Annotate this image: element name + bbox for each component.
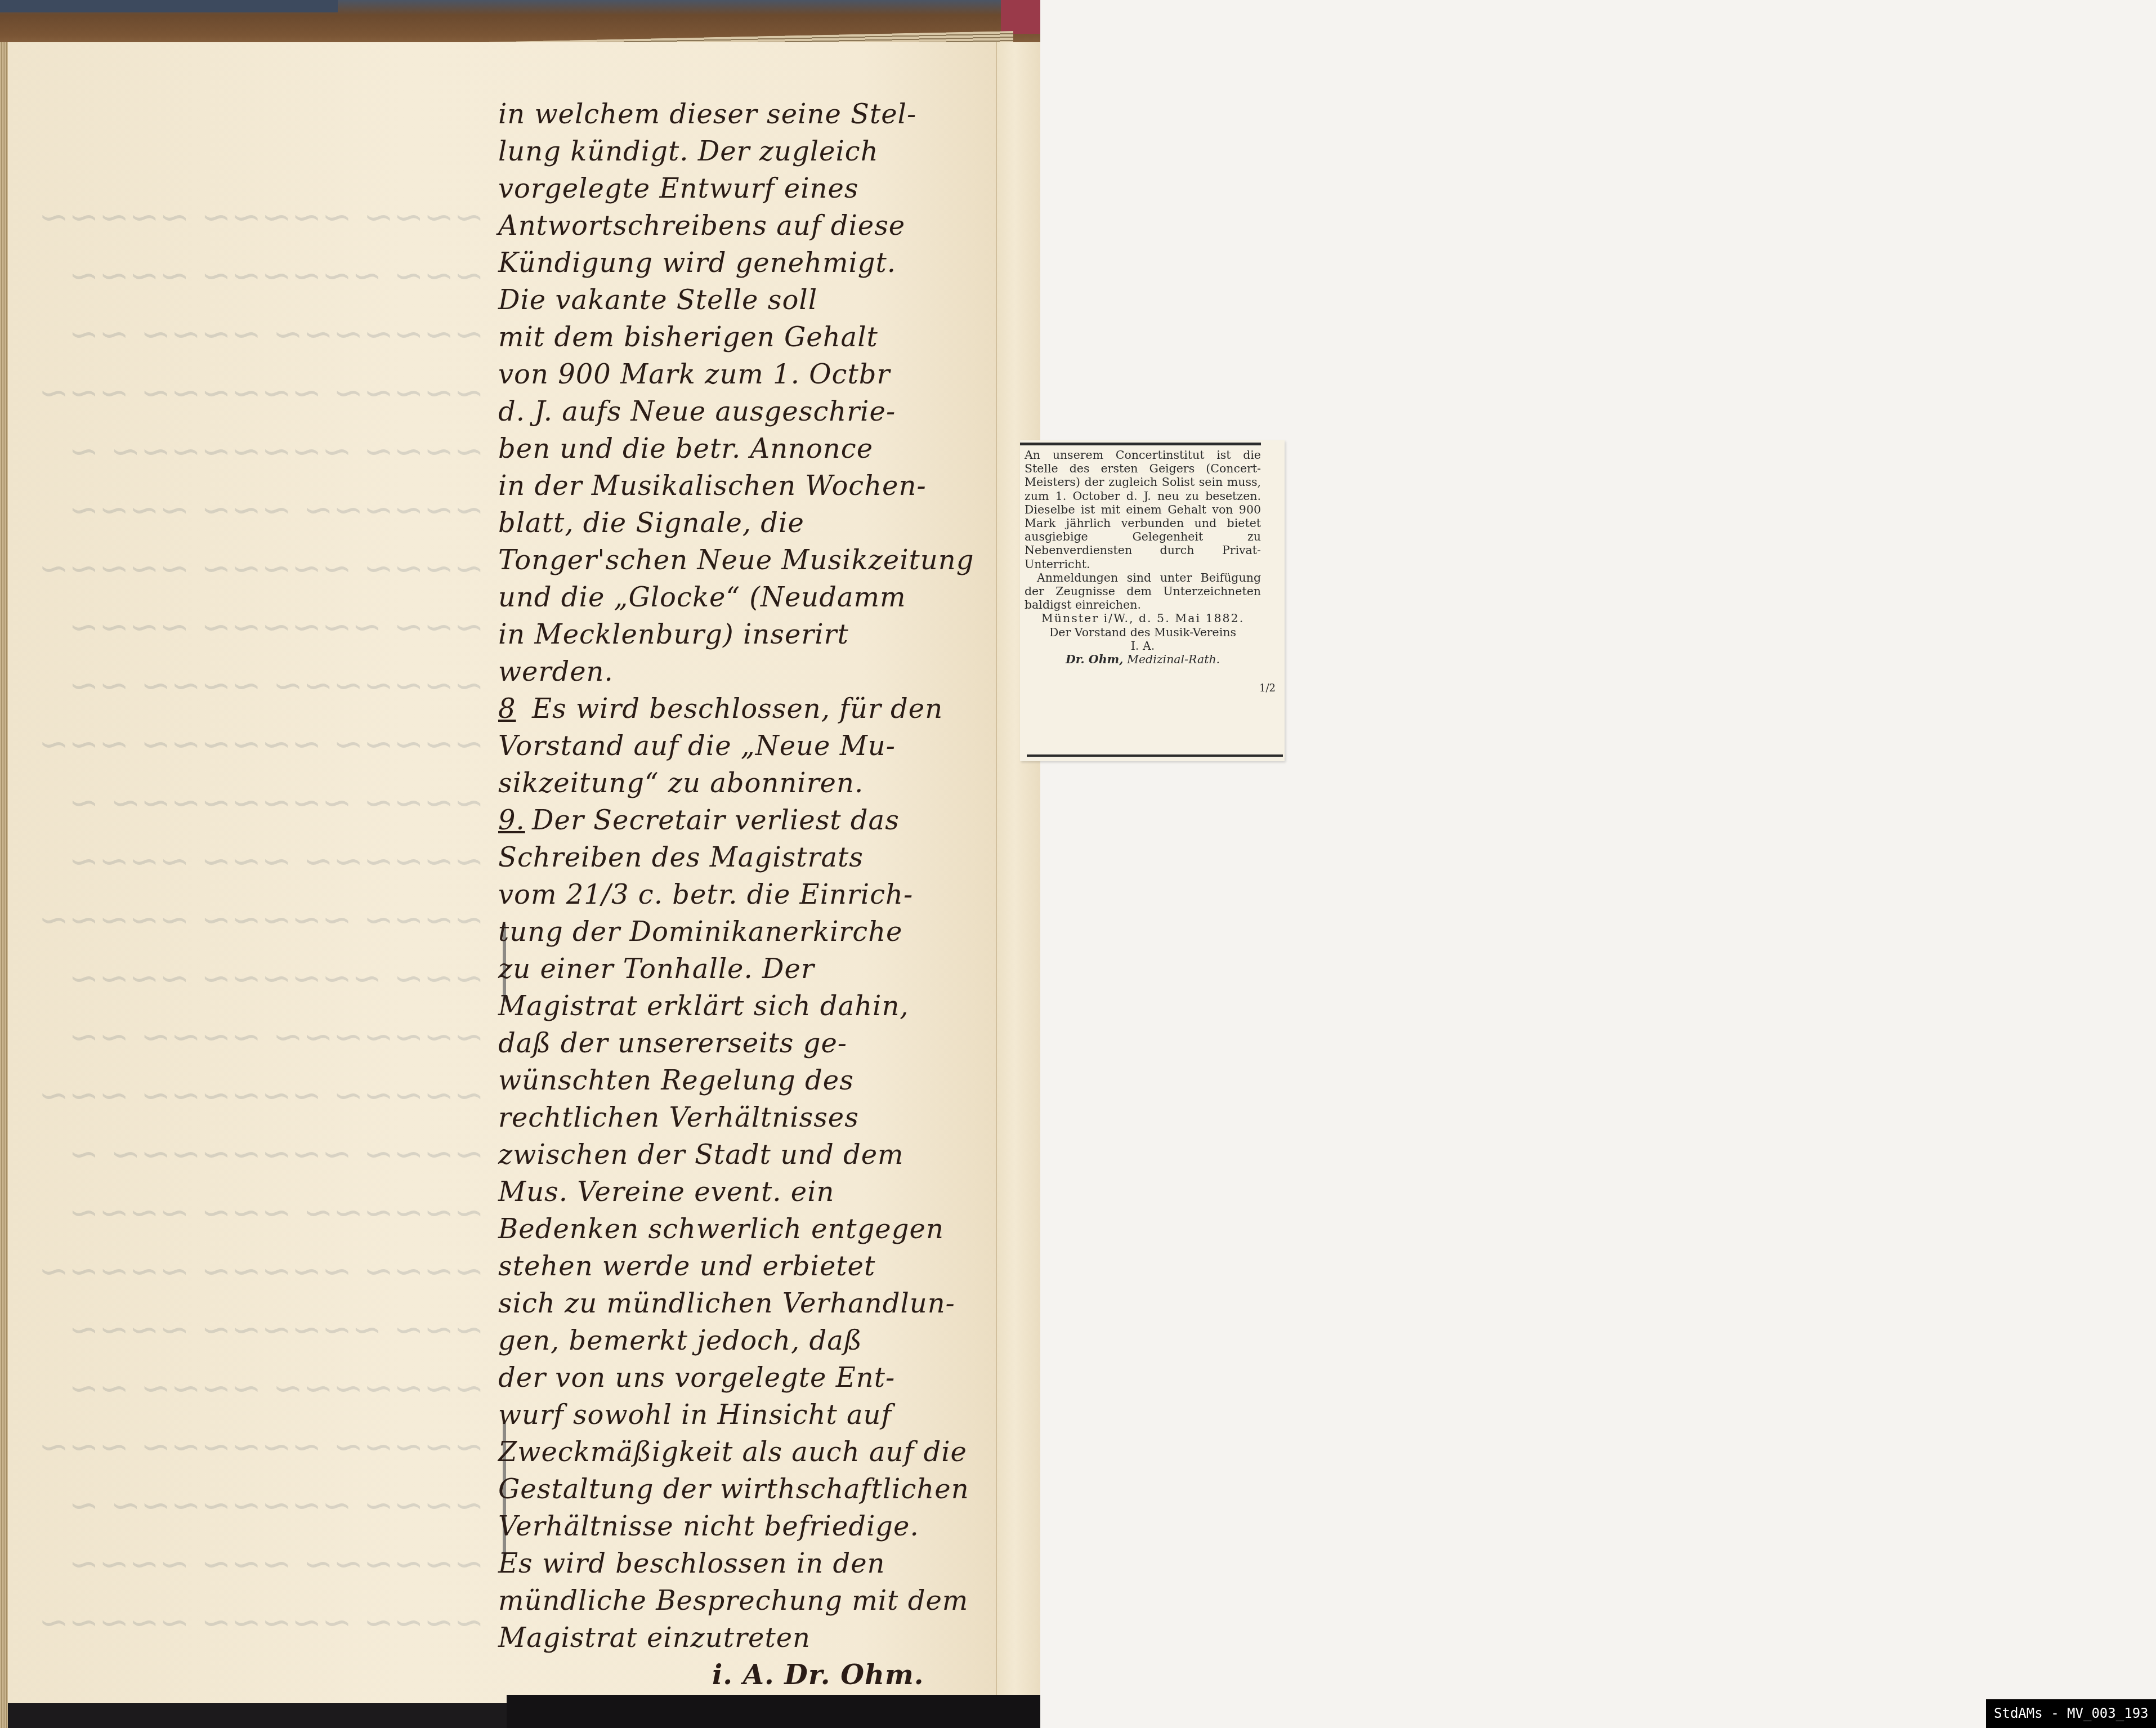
- clipping-top-rule: [1020, 443, 1261, 445]
- clipping-place-date: Münster i/W., d. 5. Mai 1882.: [1025, 611, 1261, 625]
- handwritten-signature: i. A. Dr. Ohm.: [498, 1656, 1039, 1694]
- handwritten-line: mündliche Besprechung mit dem: [498, 1582, 1039, 1619]
- handwritten-line: in Mecklenburg) inserirt: [498, 616, 1039, 653]
- handwritten-line: stehen werde und erbietet: [498, 1248, 1039, 1285]
- handwritten-line: Vorstand auf die „Neue Mu-: [498, 727, 1039, 765]
- clipping-bottom-rule: [1027, 754, 1283, 757]
- clipping-on-behalf: I. A.: [1025, 639, 1261, 653]
- bleed-through-text: ~~~~ ~~~~~ ~~~~~ ~~~ ~~~~~~ ~~~~ ~~~~~~~…: [11, 130, 484, 1650]
- handwritten-line: der von uns vorgelegte Ent-: [498, 1359, 1039, 1396]
- handwritten-item-9: 9.Der Secretair verliest das: [498, 802, 1039, 839]
- handwritten-line: Mus. Vereine event. ein: [498, 1173, 1039, 1211]
- handwritten-line: von 900 Mark zum 1. Octbr: [498, 356, 1039, 393]
- handwritten-line: sikzeitung“ zu abonniren.: [498, 765, 1039, 802]
- clipping-fraction: 1/2: [1259, 682, 1276, 694]
- newspaper-clipping: An unserem Concertinstitut ist die Stell…: [1020, 440, 1285, 761]
- handwritten-line: Kündigung wird genehmigt.: [498, 244, 1039, 282]
- handwritten-line: tung der Dominikanerkirche: [498, 913, 1039, 950]
- handwritten-line: werden.: [498, 653, 1039, 690]
- handwritten-line: Schreiben des Magistrats: [498, 839, 1039, 876]
- handwritten-line: daß der unsererseits ge-: [498, 1025, 1039, 1062]
- headband: [1001, 0, 1040, 34]
- handwritten-line: Gestaltung der wirthschaftlichen: [498, 1471, 1039, 1508]
- handwritten-line: Magistrat einzutreten: [498, 1619, 1039, 1656]
- handwritten-line: Es wird beschlossen in den: [498, 1545, 1039, 1582]
- clipping-paragraph: An unserem Concertinstitut ist die Stell…: [1025, 448, 1261, 571]
- handwritten-line: in welchem dieser seine Stel-: [498, 96, 1039, 133]
- handwritten-line: vom 21/3 c. betr. die Einrich-: [498, 876, 1039, 913]
- bound-book: ~~~~ ~~~~~ ~~~~~ ~~~ ~~~~~~ ~~~~ ~~~~~~~…: [0, 0, 1040, 1728]
- handwritten-line: d. J. aufs Neue ausgeschrie-: [498, 393, 1039, 430]
- bottom-shadow: [507, 1695, 1040, 1728]
- handwritten-line: Der Secretair verliest das: [532, 805, 900, 836]
- handwritten-line: Magistrat erklärt sich dahin,: [498, 988, 1039, 1025]
- handwritten-line: Bedenken schwerlich entgegen: [498, 1211, 1039, 1248]
- handwritten-line: Tonger'schen Neue Musikzeitung: [498, 542, 1039, 579]
- handwritten-line: in der Musikalischen Wochen-: [498, 467, 1039, 504]
- signer-title: Medizinal-Rath.: [1127, 653, 1220, 666]
- handwritten-line: wurf sowohl in Hinsicht auf: [498, 1396, 1039, 1434]
- archive-label: StdAMs - MV_003_193: [1986, 1699, 2156, 1728]
- handwritten-line: wünschten Regelung des: [498, 1062, 1039, 1099]
- cover-cloth: [0, 0, 338, 12]
- signer-name: Dr. Ohm,: [1066, 653, 1124, 666]
- handwritten-line: blatt, die Signale, die: [498, 504, 1039, 542]
- handwritten-line: Die vakante Stelle soll: [498, 282, 1039, 319]
- scan-background: [1040, 0, 2156, 1728]
- clipping-board: Der Vorstand des Musik-Vereins: [1025, 626, 1261, 639]
- handwritten-minutes: in welchem dieser seine Stel- lung kündi…: [498, 96, 1039, 1694]
- handwritten-line: zwischen der Stadt und dem: [498, 1136, 1039, 1173]
- handwritten-line: Zweckmäßigkeit als auch auf die: [498, 1434, 1039, 1471]
- handwritten-line: mit dem bisherigen Gehalt: [498, 319, 1039, 356]
- clipping-body: An unserem Concertinstitut ist die Stell…: [1025, 448, 1261, 666]
- handwritten-line: ben und die betr. Annonce: [498, 430, 1039, 467]
- clipping-paragraph: Anmeldungen sind unter Beifügung der Zeu…: [1025, 571, 1261, 612]
- handwritten-item-8: 8Es wird beschlossen, für den: [498, 690, 1039, 727]
- handwritten-line: gen, bemerkt jedoch, daß: [498, 1322, 1039, 1359]
- handwritten-line: vorgelegte Entwurf eines: [498, 170, 1039, 207]
- handwritten-line: rechtlichen Verhältnisses: [498, 1099, 1039, 1136]
- item-number: 8: [498, 690, 532, 727]
- handwritten-line: Verhältnisse nicht befriedige.: [498, 1508, 1039, 1545]
- handwritten-line: zu einer Tonhalle. Der: [498, 950, 1039, 988]
- handwritten-line: lung kündigt. Der zugleich: [498, 133, 1039, 170]
- item-number: 9.: [498, 802, 532, 839]
- handwritten-line: Antwortschreibens auf diese: [498, 207, 1039, 244]
- clipping-signature: Dr. Ohm, Medizinal-Rath.: [1025, 653, 1261, 666]
- handwritten-line: sich zu mündlichen Verhandlun-: [498, 1285, 1039, 1322]
- page-edges-left: [0, 42, 8, 1728]
- handwritten-line: Es wird beschlossen, für den: [532, 693, 943, 725]
- handwritten-line: und die „Glocke“ (Neudamm: [498, 579, 1039, 616]
